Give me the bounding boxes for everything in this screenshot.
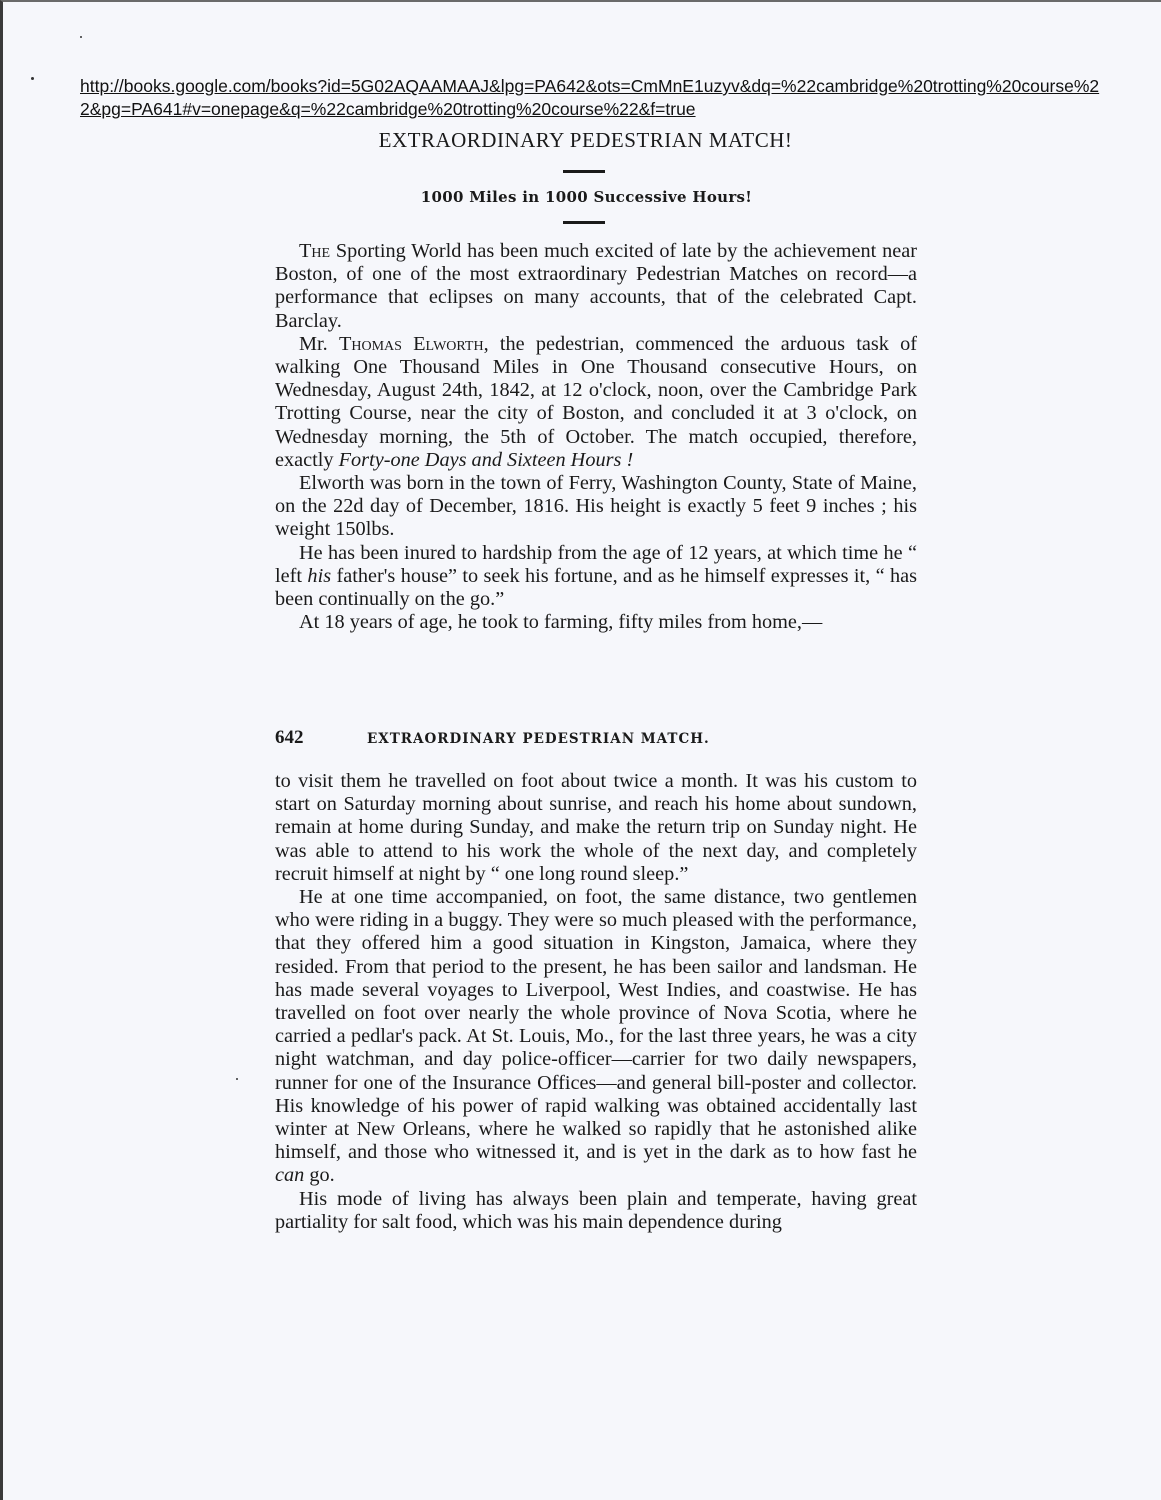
paragraph: At 18 years of age, he took to farming, … <box>275 611 917 634</box>
paragraph-text: Sporting World has been much excited of … <box>275 240 917 332</box>
page-number: 642 <box>275 727 367 749</box>
page-641-column: The Sporting World has been much excited… <box>275 240 917 634</box>
paragraph: to visit them he travelled on foot about… <box>275 770 917 886</box>
paragraph: Elworth was born in the town of Ferry, W… <box>275 472 917 542</box>
person-name: Thomas Elworth <box>339 333 484 355</box>
paragraph-text: go. <box>304 1164 334 1186</box>
paragraph: The Sporting World has been much excited… <box>275 240 917 333</box>
paragraph: He has been inured to hardship from the … <box>275 542 917 612</box>
paragraph-text: father's house” to seek his fortune, and… <box>275 565 917 610</box>
emphasis-text: his <box>307 565 331 587</box>
scan-speck <box>31 77 34 80</box>
paragraph-text: He at one time accompanied, on foot, the… <box>275 886 917 1163</box>
paragraph: His mode of living has always been plain… <box>275 1188 917 1234</box>
source-link[interactable]: http://books.google.com/books?id=5G02AQA… <box>80 76 1099 119</box>
scan-speck <box>80 36 82 38</box>
emphasis-text: can <box>275 1164 304 1186</box>
article-subtitle: 1000 Miles in 1000 Successive Hours! <box>0 188 1161 206</box>
emphasis-text: Forty-one Days and Sixteen Hours ! <box>339 449 634 471</box>
page-642-column: to visit them he travelled on foot about… <box>275 770 917 1234</box>
running-head: 642EXTRAORDINARY PEDESTRIAN MATCH. <box>275 727 917 749</box>
running-head-title: EXTRAORDINARY PEDESTRIAN MATCH. <box>367 731 710 747</box>
paragraph-text: Mr. <box>299 333 339 355</box>
paragraph: Mr. Thomas Elworth, the pedestrian, comm… <box>275 333 917 472</box>
scan-speck <box>236 1078 238 1080</box>
scan-border <box>0 0 1161 1500</box>
subtitle-rule <box>563 221 605 224</box>
title-rule <box>563 170 605 173</box>
article-title: EXTRAORDINARY PEDESTRIAN MATCH! <box>0 128 1161 153</box>
source-link-container: http://books.google.com/books?id=5G02AQA… <box>80 75 1100 121</box>
lead-word: The <box>299 240 330 262</box>
paragraph: He at one time accompanied, on foot, the… <box>275 886 917 1188</box>
